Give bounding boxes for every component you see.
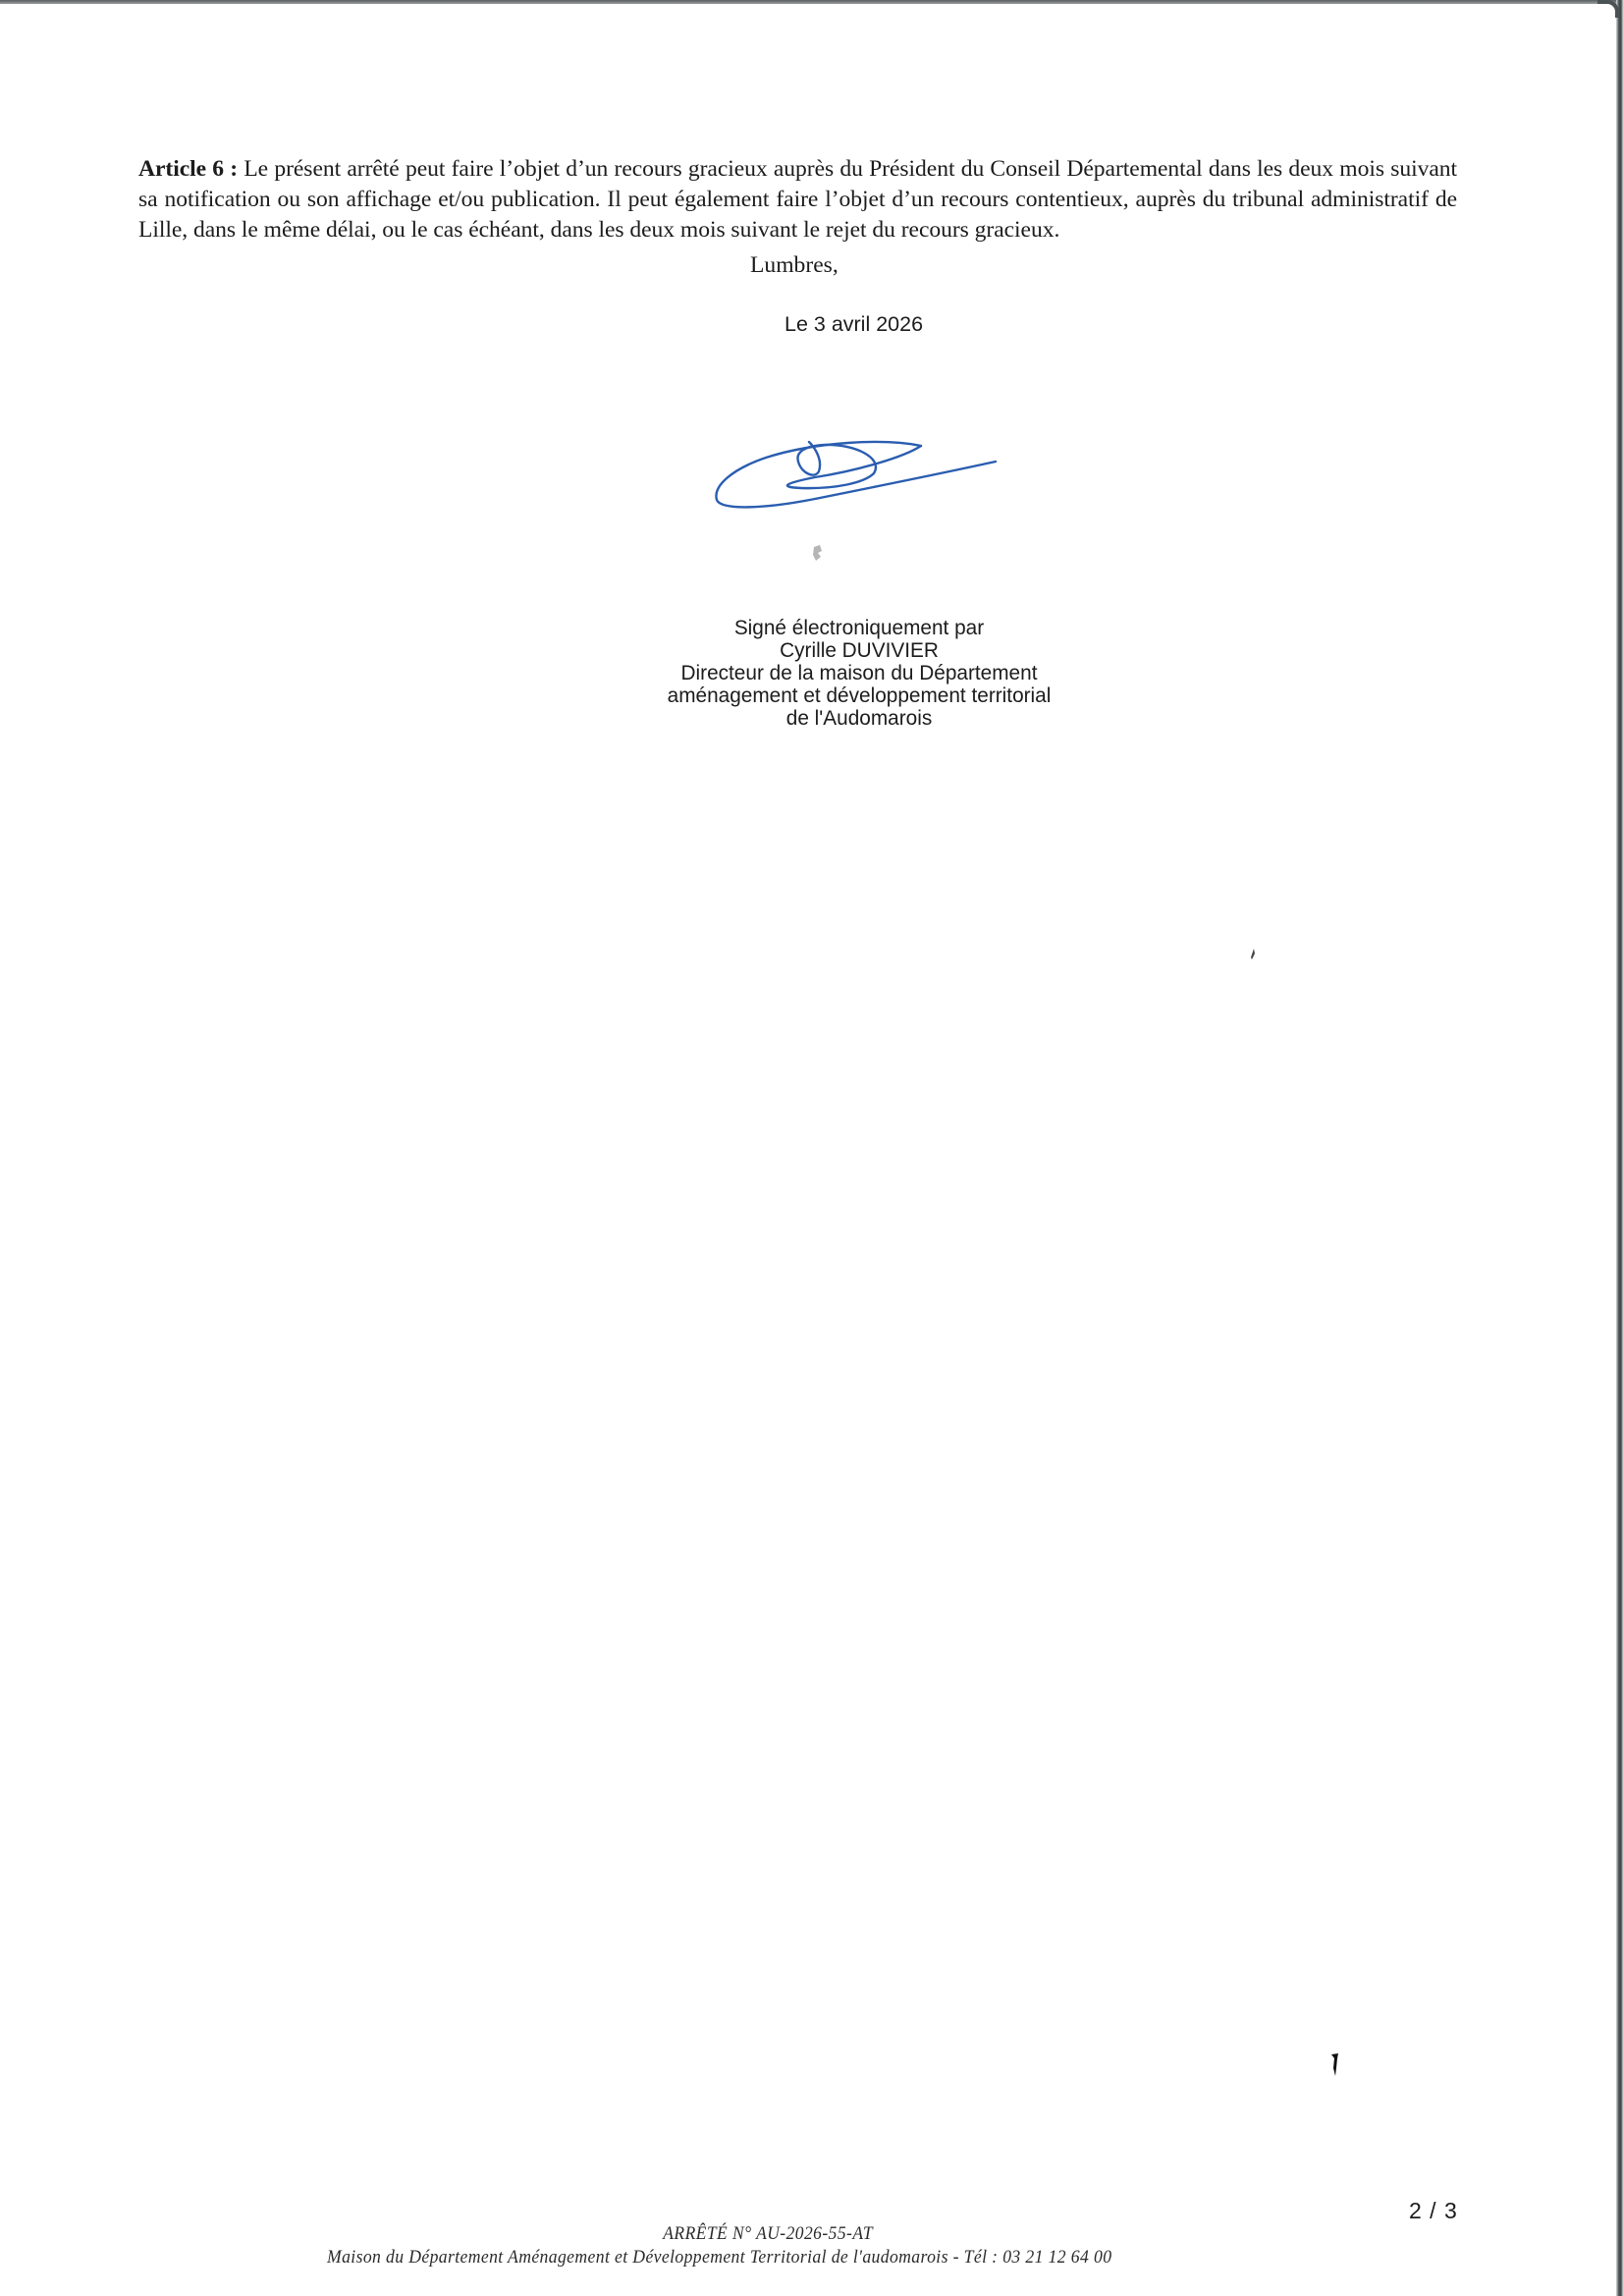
- signer-block: Signé électroniquement par Cyrille DUVIV…: [609, 617, 1109, 730]
- signature-date: Le 3 avril 2026: [784, 312, 923, 337]
- page-number: 2 / 3: [1409, 2198, 1458, 2224]
- scan-speck: [1249, 948, 1257, 961]
- article-label: Article 6 :: [138, 156, 238, 182]
- signature-place: Lumbres,: [750, 252, 839, 279]
- scan-top-edge: [0, 0, 1623, 4]
- signer-line: Directeur de la maison du Département: [609, 662, 1109, 684]
- footer-reference: ARRÊTÉ N° AU-2026-55-AT: [0, 2223, 1537, 2245]
- scan-speck: [1329, 2050, 1341, 2080]
- article-text: Le présent arrêté peut faire l’objet d’u…: [138, 156, 1457, 243]
- scan-speck: [810, 543, 826, 563]
- signer-line: aménagement et développement territorial: [609, 684, 1109, 707]
- article-6-paragraph: Article 6 : Le présent arrêté peut faire…: [138, 154, 1457, 246]
- signer-line: de l'Audomarois: [609, 707, 1109, 730]
- handwritten-signature: [707, 432, 1001, 530]
- signer-line: Signé électroniquement par: [609, 617, 1109, 639]
- footer-address: Maison du Département Aménagement et Dév…: [327, 2247, 1111, 2269]
- scan-right-edge: [1616, 0, 1623, 2296]
- signer-name: Cyrille DUVIVIER: [609, 639, 1109, 662]
